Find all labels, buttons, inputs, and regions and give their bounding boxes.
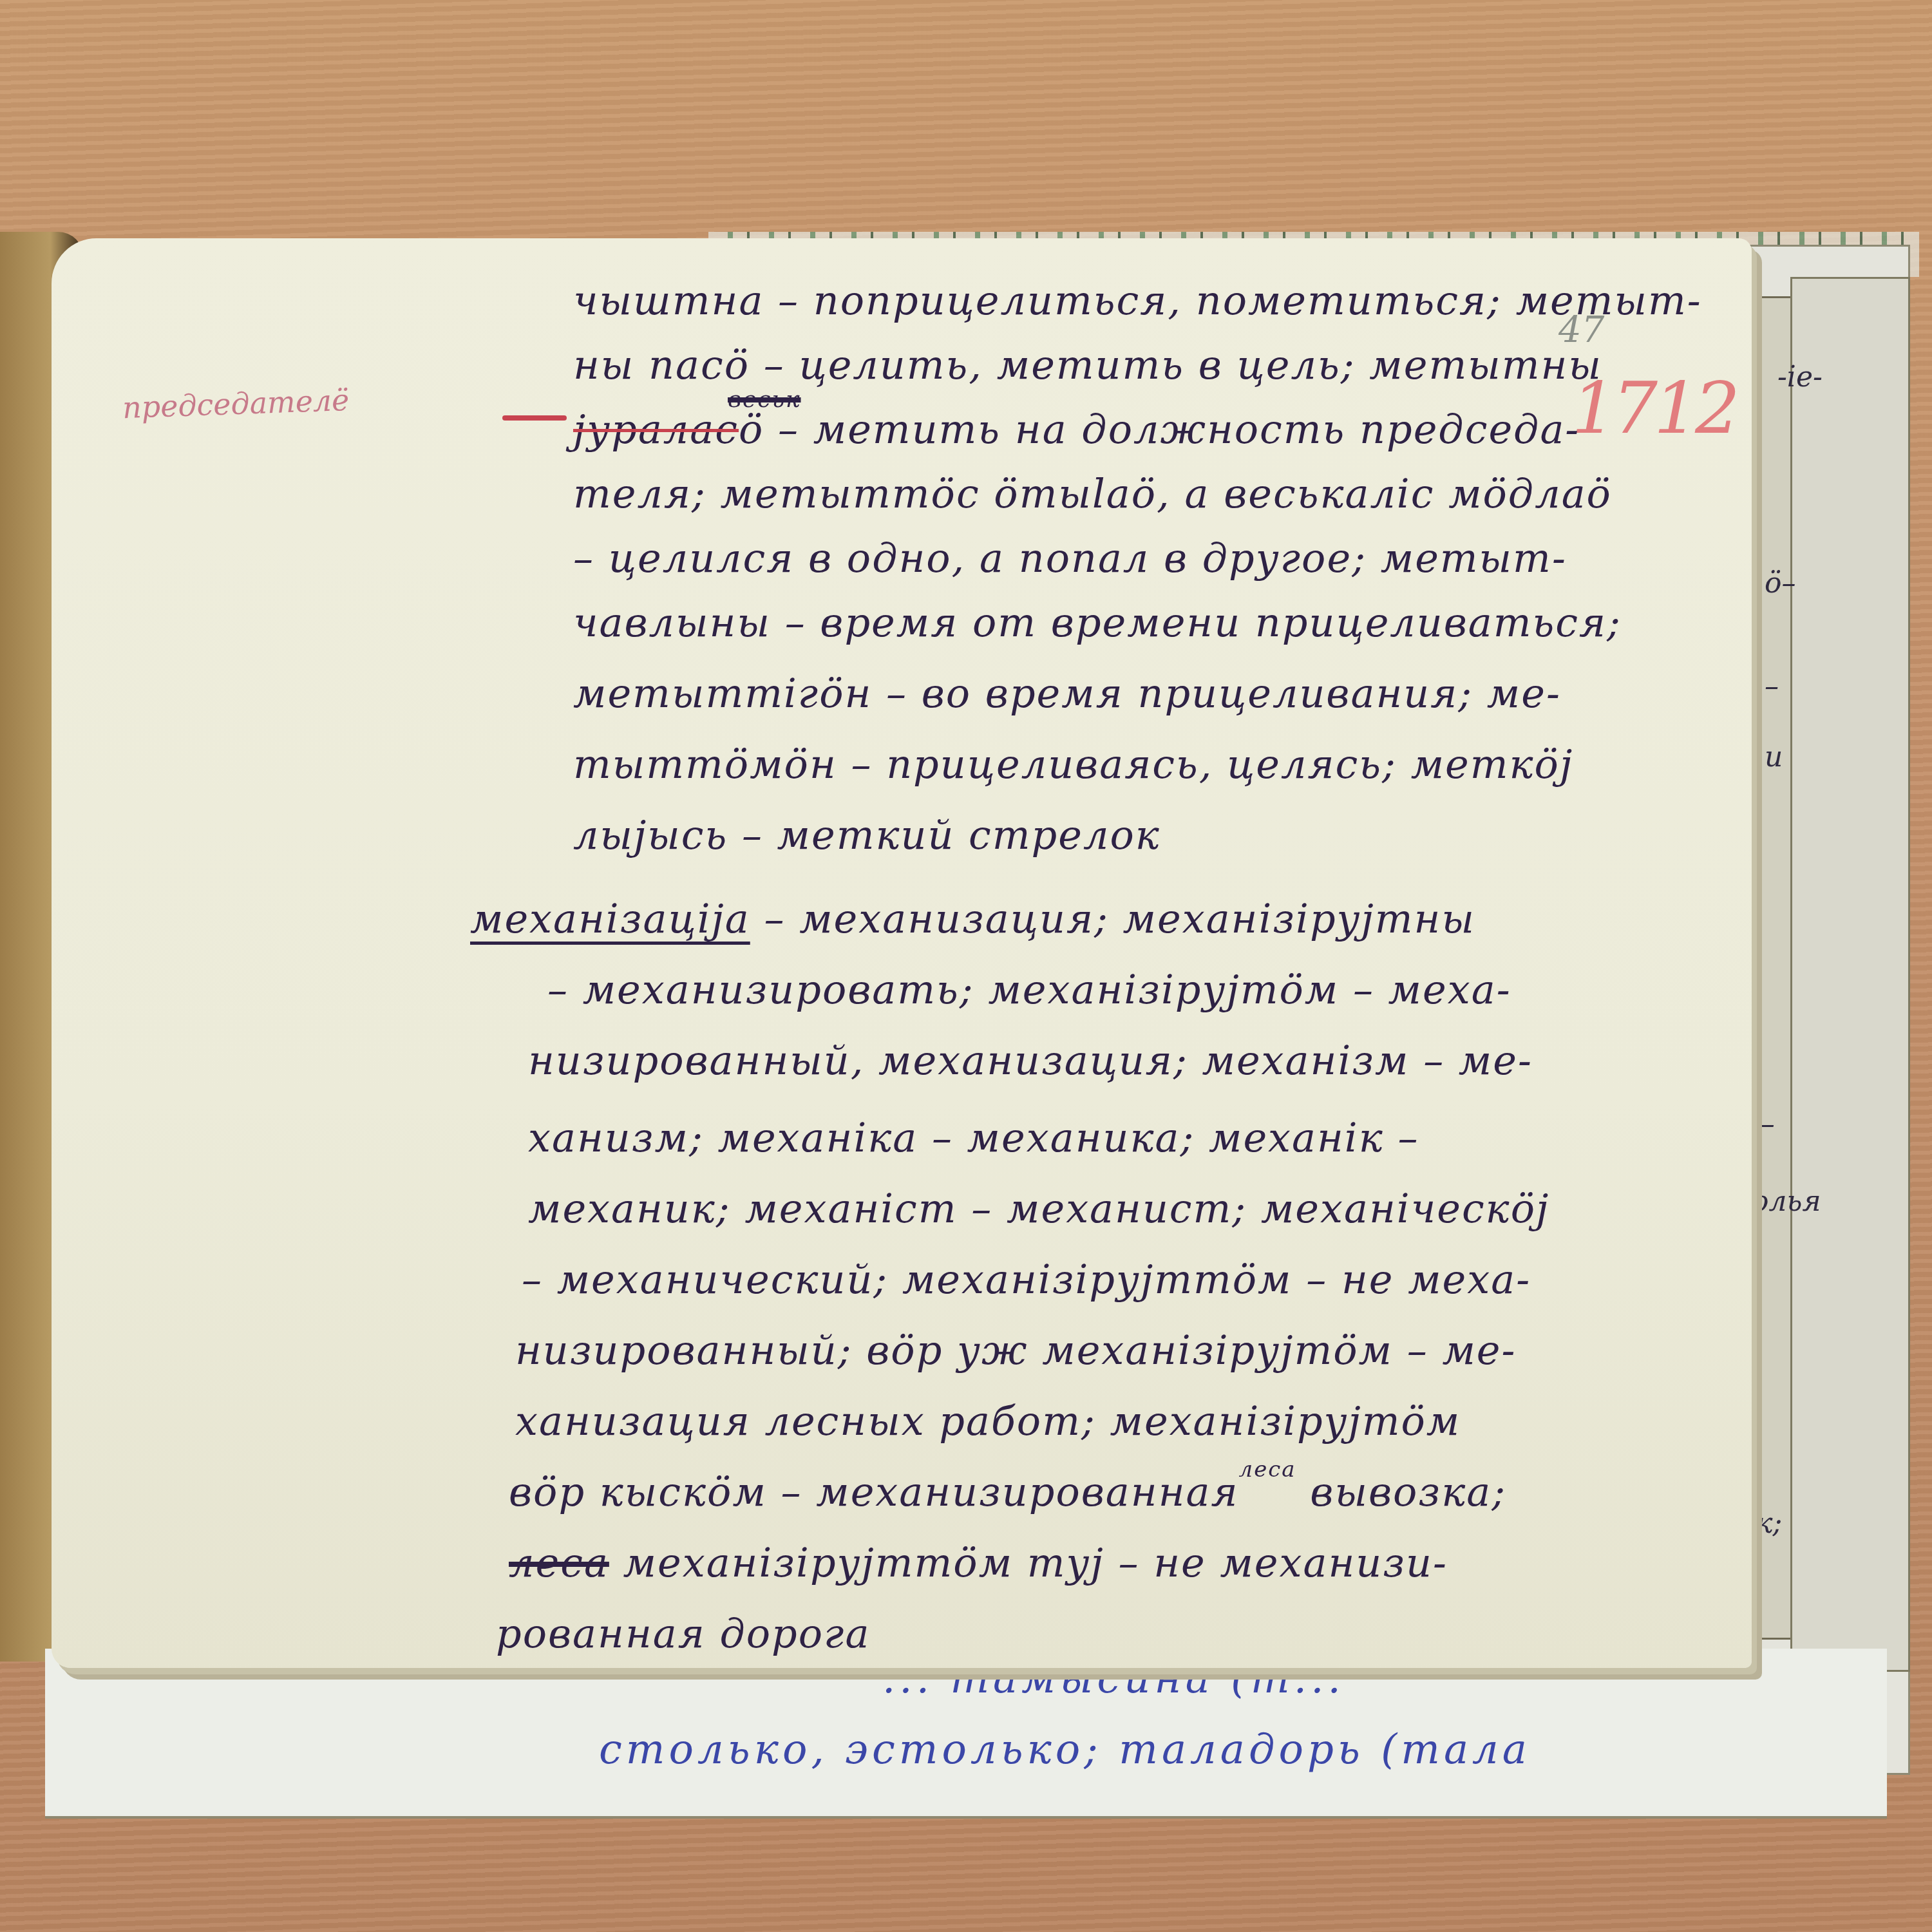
manuscript-line: механик; механiст – механист; механiческ… [528,1185,1549,1232]
manuscript-line: ны пасö – целить, метить в цель; метытны [573,341,1602,388]
manuscript-line: низированный, механизация; механiзм – ме… [528,1037,1533,1084]
manuscript-line: – механизировать; механiзiрујтöм – меха- [547,966,1511,1013]
edge-fragment: – [1765,670,1779,703]
headword: механiзацiја [470,895,750,942]
edge-fragment: ö– [1765,567,1796,600]
manuscript-line: – механический; механiзiрујттöм – не мех… [522,1256,1531,1303]
superscript-insertion: леса [1239,1457,1296,1482]
line-text: – метить на должность председа- [764,406,1580,453]
red-insertion-dash [502,415,567,421]
manuscript-line: теля; метыттöс öтыlаö, а веськалiс мöдла… [573,470,1612,517]
manuscript-line: чавлыны – время от времени прицеливаться… [573,599,1622,646]
struck-word: леса [509,1539,609,1586]
underlying-sheet-edge [1790,277,1910,1672]
edge-fragment: и [1765,741,1783,773]
manuscript-line: леса механiзiрујттöм туј – не механизи- [509,1539,1448,1586]
struck-word: јуралас [573,406,739,453]
edge-fragment: олья [1752,1185,1821,1218]
manuscript-line: ханизация лесных работ; механiзiрујтöм [515,1397,1461,1444]
manuscript-line: лыјысь – меткий стрелок [573,811,1160,858]
manuscript-line: ханизм; механiка – механика; механiк – [528,1114,1419,1161]
manuscript-line: – целился в одно, а попал в другое; меты… [573,535,1567,582]
manuscript-line: тыттöмöн – прицеливаясь, целясь; меткöј [573,741,1573,788]
struck-insertion: веськ [728,386,801,413]
manuscript-line: рованная дорога [496,1610,870,1657]
manuscript-line: чыштна – поприцелиться, пометиться; меты… [573,277,1702,324]
edge-fragment: j– [1752,1108,1775,1141]
line-text: – механизация; механiзiрујтны [750,895,1475,942]
manuscript-line: низированный; вöр уж механiзiрујтöм – ме… [515,1327,1516,1374]
dictionary-entry-line: механiзацiја – механизация; механiзiрујт… [470,895,1475,942]
manuscript-line: метыттiгöн – во время прицеливания; ме- [573,670,1561,717]
edge-fragment: -ie- [1777,361,1823,393]
manuscript-page [52,238,1752,1668]
underlying-page-line: столько, эстолько; таладорь (тала [599,1726,1531,1774]
manuscript-line: вöр кыскöм – механизированнаялеса вывозк… [509,1468,1506,1515]
manuscript-line: јураласö – метить на должность председа- [573,406,1580,453]
underlying-page-bottom: ... тамысина (т... столько, эстолько; та… [45,1649,1887,1819]
line-text: механiзiрујттöм туј – не механизи- [609,1539,1448,1586]
